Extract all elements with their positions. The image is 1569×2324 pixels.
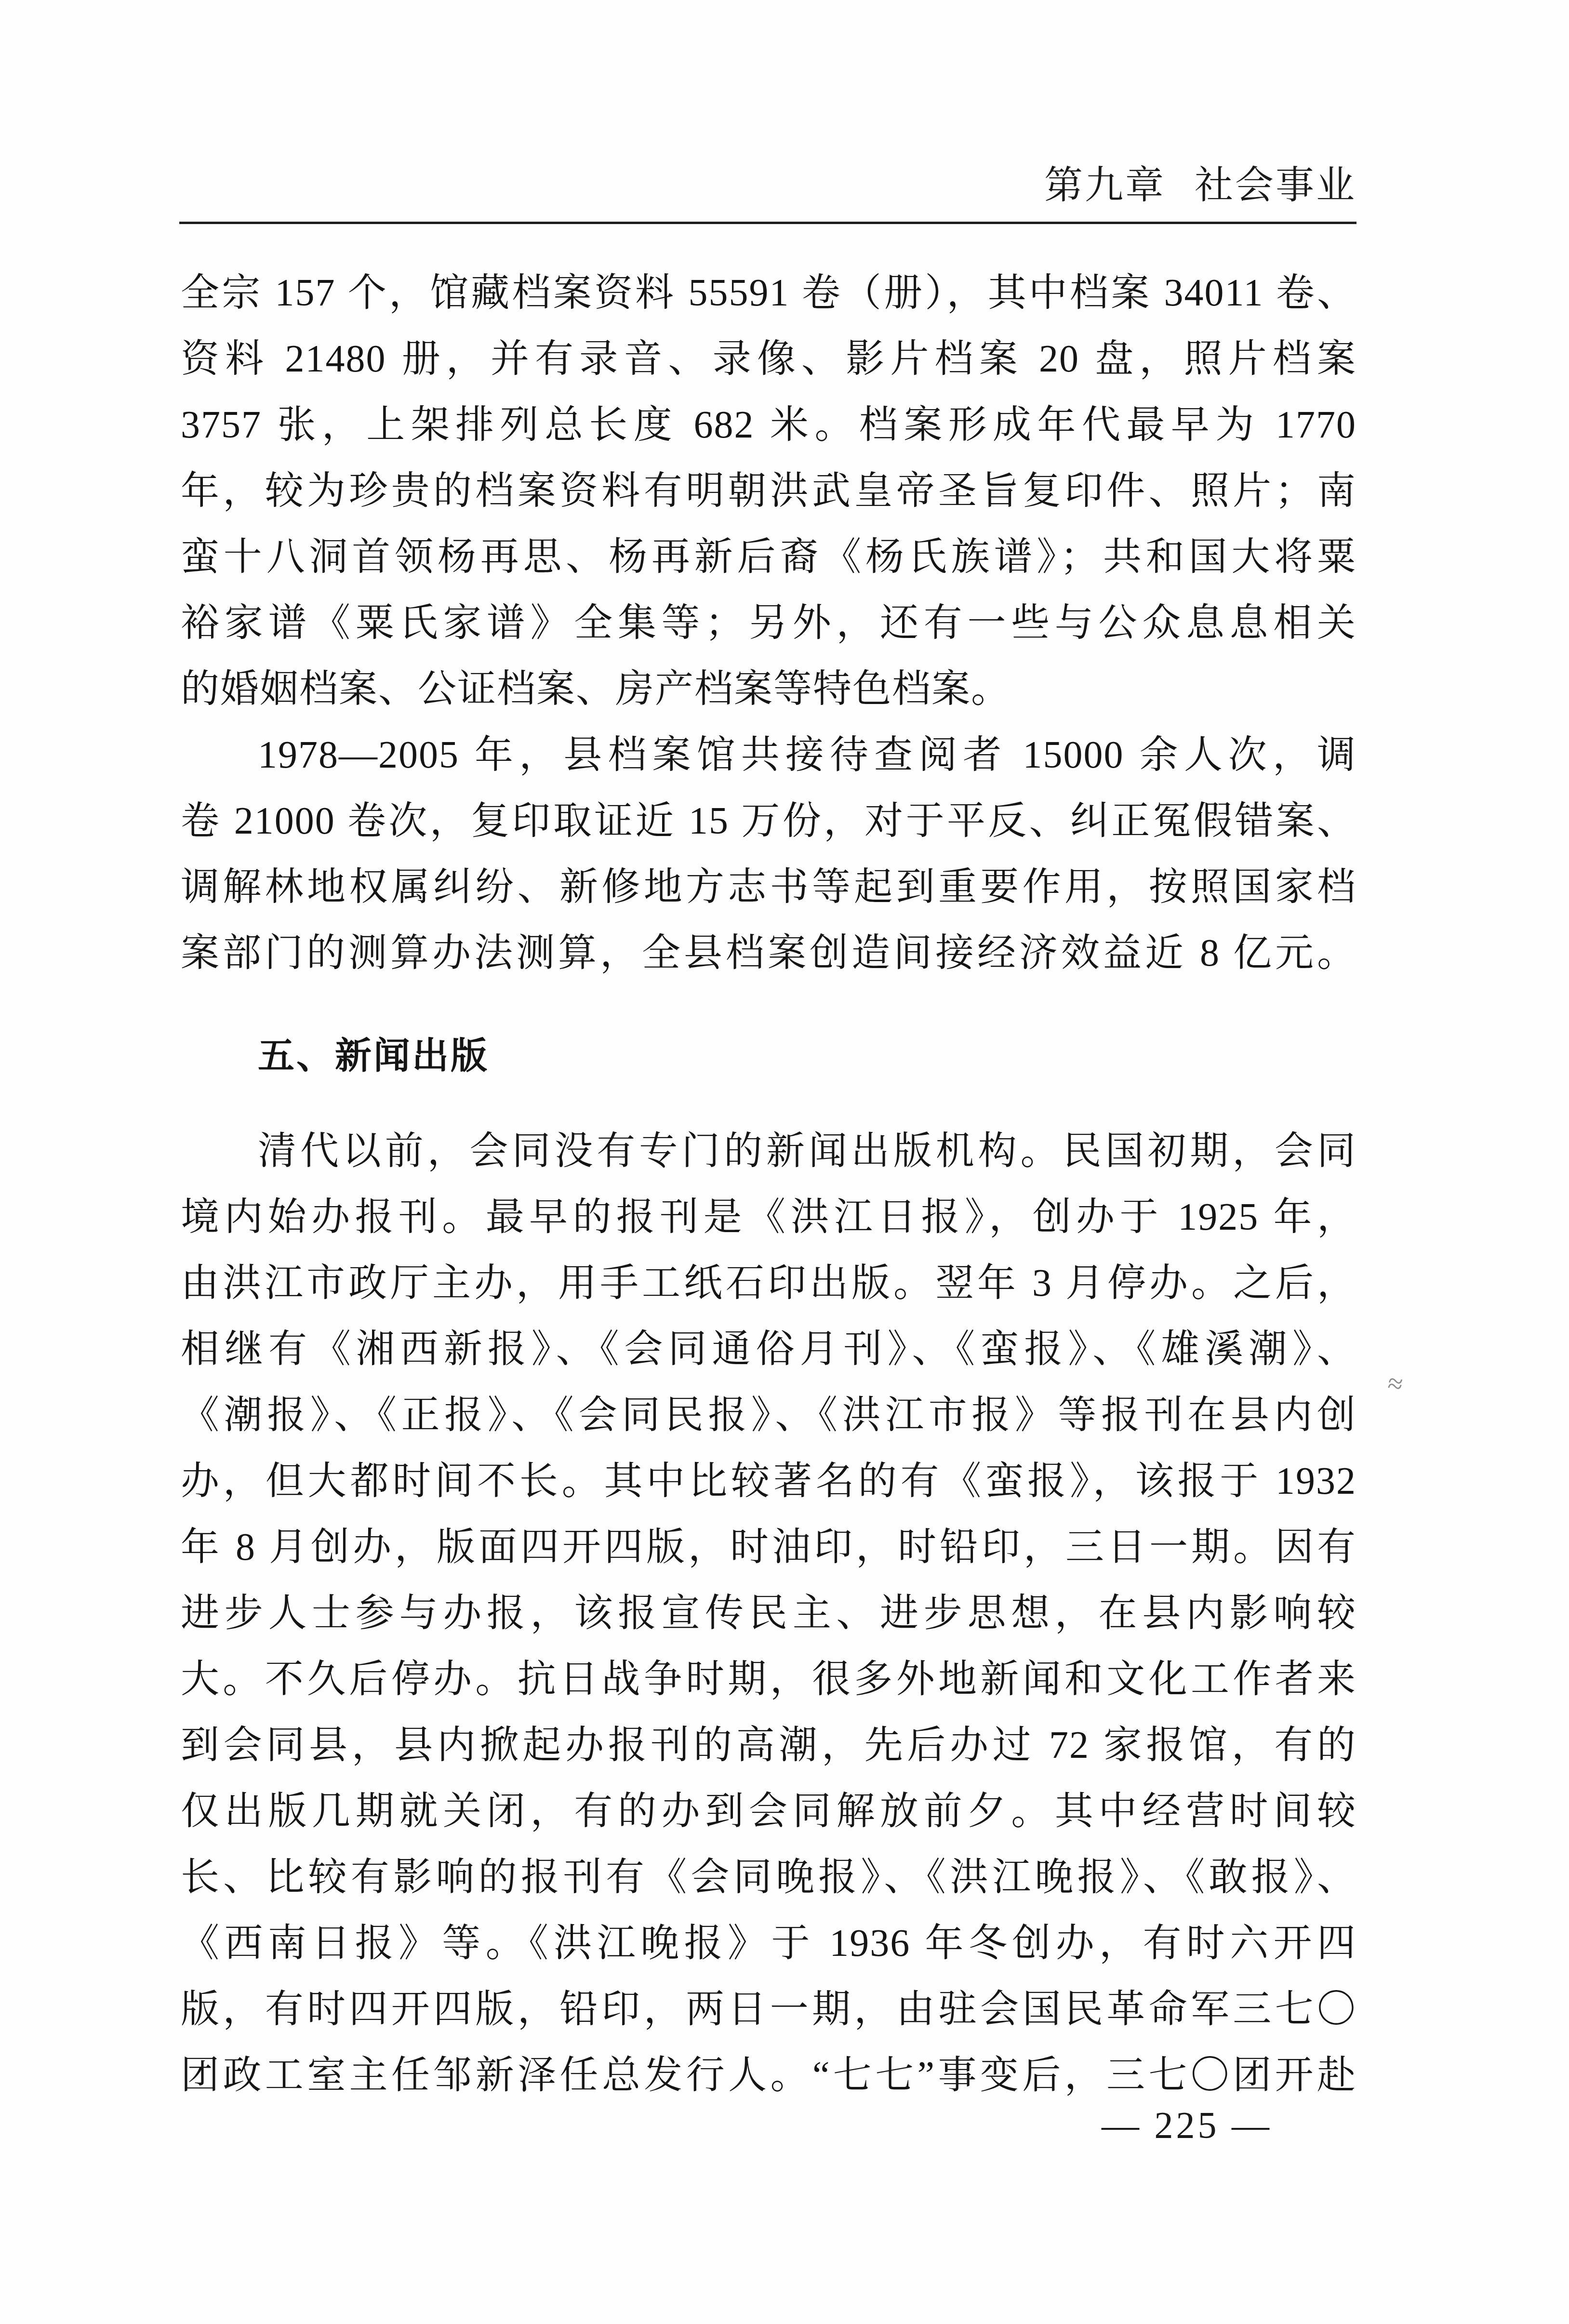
body-line: 的婚姻档案、公证档案、房产档案等特色档案。 <box>181 656 1356 722</box>
body-line: 卷 21000 卷次，复印取证近 15 万份，对于平反、纠正冤假错案、 <box>181 788 1356 854</box>
body-line: 蛮十八洞首领杨再思、杨再新后裔《杨氏族谱》；共和国大将粟 <box>181 524 1356 590</box>
text-block: 全宗 157 个，馆藏档案资料 55591 卷（册），其中档案 34011 卷、… <box>181 260 1356 2109</box>
body-line: 年 8 月创办，版面四开四版，时油印，时铅印，三日一期。因有 <box>181 1514 1356 1580</box>
body-line: 境内始办报刊。最早的报刊是《洪江日报》，创办于 1925 年， <box>181 1184 1356 1250</box>
body-line: 到会同县，县内掀起办报刊的高潮，先后办过 72 家报馆，有的 <box>181 1713 1356 1779</box>
page-number: — 225 — <box>1102 2103 1272 2147</box>
body-line: 全宗 157 个，馆藏档案资料 55591 卷（册），其中档案 34011 卷、 <box>181 260 1356 326</box>
body-line: 长、比较有影响的报刊有《会同晚报》、《洪江晚报》、《敢报》、 <box>181 1845 1356 1911</box>
body-line: 由洪江市政厅主办，用手工纸石印出版。翌年 3 月停办。之后， <box>181 1250 1356 1316</box>
body-line: 仅出版几期就关闭，有的办到会同解放前夕。其中经营时间较 <box>181 1779 1356 1845</box>
scan-smudge: ≈ <box>1386 1368 1405 1400</box>
body-line: 进步人士参与办报，该报宣传民主、进步思想，在县内影响较 <box>181 1580 1356 1647</box>
body-line: 《西南日报》等。《洪江晚报》于 1936 年冬创办，有时六开四 <box>181 1911 1356 1977</box>
paragraph-archive-usage: 1978—2005 年，县档案馆共接待查阅者 15000 余人次，调 卷 210… <box>181 722 1356 986</box>
body-line: 3757 张，上架排列总长度 682 米。档案形成年代最早为 1770 <box>181 392 1356 458</box>
section-heading: 五、新闻出版 <box>181 986 1356 1118</box>
header-rule <box>179 222 1356 224</box>
body-line: 版，有时四开四版，铅印，两日一期，由驻会国民革命军三七〇 <box>181 1977 1356 2043</box>
paragraph-news-publishing: 清代以前，会同没有专门的新闻出版机构。民国初期，会同 境内始办报刊。最早的报刊是… <box>181 1118 1356 2109</box>
body-line: 年，较为珍贵的档案资料有明朝洪武皇帝圣旨复印件、照片；南 <box>181 458 1356 524</box>
paragraph-archives: 全宗 157 个，馆藏档案资料 55591 卷（册），其中档案 34011 卷、… <box>181 260 1356 722</box>
chapter-number: 第九章 <box>1044 164 1166 207</box>
running-header: 第九章社会事业 <box>181 159 1356 212</box>
body-line: 《潮报》、《正报》、《会同民报》、《洪江市报》等报刊在县内创 <box>181 1382 1356 1448</box>
body-line: 资料 21480 册，并有录音、录像、影片档案 20 盘，照片档案 <box>181 326 1356 392</box>
body-line: 案部门的测算办法测算，全县档案创造间接经济效益近 8 亿元。 <box>181 920 1356 986</box>
body-line: 相继有《湘西新报》、《会同通俗月刊》、《蛮报》、《雄溪潮》、 <box>181 1316 1356 1382</box>
body-line: 裕家谱《粟氏家谱》全集等；另外，还有一些与公众息息相关 <box>181 590 1356 656</box>
body-line: 团政工室主任邹新泽任总发行人。“七七”事变后，三七〇团开赴 <box>181 2043 1356 2109</box>
chapter-title: 社会事业 <box>1195 164 1356 207</box>
body-line: 办，但大都时间不长。其中比较著名的有《蛮报》，该报于 1932 <box>181 1448 1356 1514</box>
body-line: 大。不久后停办。抗日战争时期，很多外地新闻和文化工作者来 <box>181 1647 1356 1713</box>
body-line: 清代以前，会同没有专门的新闻出版机构。民国初期，会同 <box>181 1118 1356 1184</box>
book-page: 第九章社会事业 全宗 157 个，馆藏档案资料 55591 卷（册），其中档案 … <box>0 0 1569 2324</box>
body-line: 调解林地权属纠纷、新修地方志书等起到重要作用，按照国家档 <box>181 854 1356 920</box>
body-line: 1978—2005 年，县档案馆共接待查阅者 15000 余人次，调 <box>181 722 1356 788</box>
